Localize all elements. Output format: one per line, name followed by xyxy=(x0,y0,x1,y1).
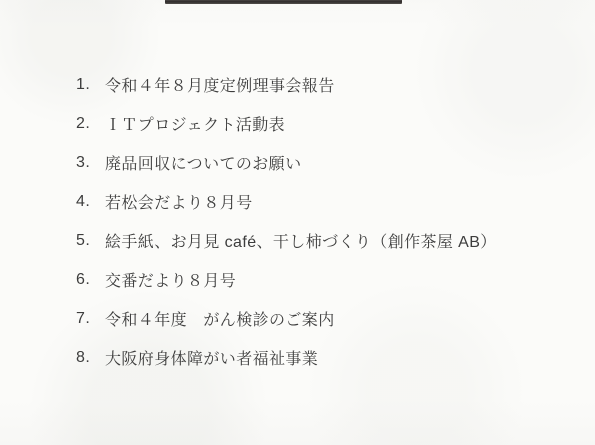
list-item: 5. 絵手紙、お月見 café、干し柿づくり（創作茶屋 AB） xyxy=(76,221,575,260)
list-item: 8. 大阪府身体障がい者福祉事業 xyxy=(76,338,575,377)
title-underline xyxy=(165,0,402,4)
item-text: 令和４年度 がん検診のご案内 xyxy=(105,307,335,330)
scanned-page: 1. 令和４年８月度定例理事会報告 2. ＩＴプロジェクト活動表 3. 廃品回収… xyxy=(0,0,595,445)
list-item: 7. 令和４年度 がん検診のご案内 xyxy=(76,299,575,338)
item-text: 大阪府身体障がい者福祉事業 xyxy=(105,346,318,369)
item-text: 若松会だより８月号 xyxy=(105,190,253,213)
item-text: 令和４年８月度定例理事会報告 xyxy=(105,73,335,96)
item-text: 絵手紙、お月見 café、干し柿づくり（創作茶屋 AB） xyxy=(105,229,497,252)
list-item: 2. ＩＴプロジェクト活動表 xyxy=(76,104,575,143)
list-item: 4. 若松会だより８月号 xyxy=(76,182,575,221)
list-item: 6. 交番だより８月号 xyxy=(76,260,575,299)
item-number: 7. xyxy=(76,310,105,328)
item-number: 4. xyxy=(76,193,105,211)
item-text: 交番だより８月号 xyxy=(105,268,236,291)
item-number: 8. xyxy=(76,349,105,367)
list-item: 1. 令和４年８月度定例理事会報告 xyxy=(76,65,575,104)
agenda-list: 1. 令和４年８月度定例理事会報告 2. ＩＴプロジェクト活動表 3. 廃品回収… xyxy=(76,65,575,377)
list-item: 3. 廃品回収についてのお願い xyxy=(76,143,575,182)
item-number: 2. xyxy=(76,115,105,133)
item-text: ＩＴプロジェクト活動表 xyxy=(105,112,285,135)
item-number: 1. xyxy=(76,76,105,94)
item-number: 3. xyxy=(76,154,105,172)
item-number: 6. xyxy=(76,271,105,289)
item-number: 5. xyxy=(76,232,105,250)
item-text: 廃品回収についてのお願い xyxy=(105,151,301,174)
